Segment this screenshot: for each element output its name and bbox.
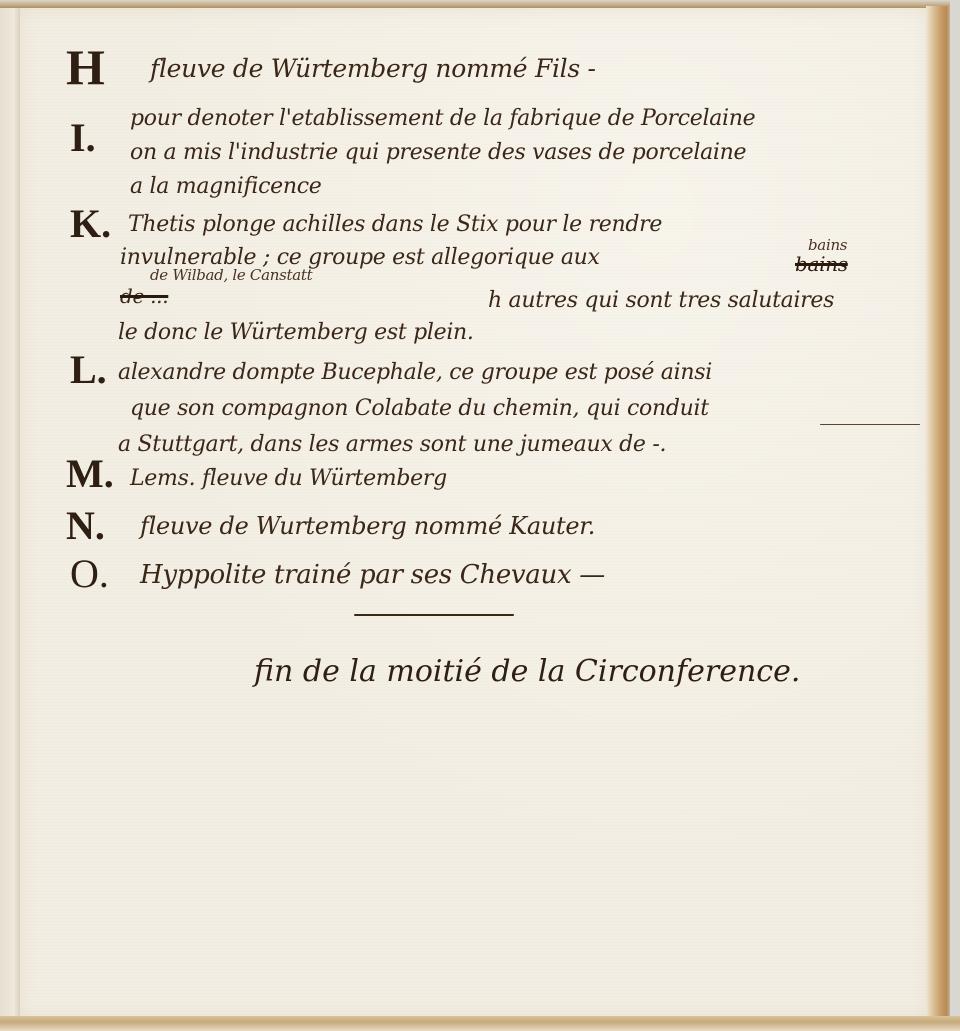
entry-l-line-3: a Stuttgart, dans les armes sont une jum… bbox=[118, 434, 666, 456]
entry-k-line-1: Thetis plonge achilles dans le Stix pour… bbox=[128, 214, 662, 236]
separator-rule bbox=[354, 614, 514, 616]
entry-m-line-1: Lems. fleuve du Würtemberg bbox=[130, 468, 447, 490]
entry-letter-k: K. bbox=[70, 204, 111, 244]
entry-i-line-3: a la magnificence bbox=[130, 176, 321, 198]
entry-letter-m: M. bbox=[66, 454, 114, 494]
entry-o-line-1: Hyppolite trainé par ses Chevaux — bbox=[140, 562, 605, 588]
entry-letter-l: L. bbox=[70, 350, 107, 390]
entry-l-line-2: que son compagnon Colabate du chemin, qu… bbox=[130, 398, 709, 420]
struck-line: de ... bbox=[120, 286, 480, 306]
insertion-wilbad-canstatt: de Wilbad, le Canstatt bbox=[150, 268, 312, 283]
entry-k-line-3: h autres qui sont tres salutaires bbox=[488, 290, 834, 312]
trailing-line bbox=[820, 424, 920, 425]
entry-l-line-1: alexandre dompte Bucephale, ce groupe es… bbox=[118, 362, 712, 384]
manuscript-text: H fleuve de Würtemberg nommé Fils - I. p… bbox=[0, 0, 960, 1031]
insertion-bains: bains bbox=[808, 238, 847, 253]
entry-letter-o: O. bbox=[70, 554, 109, 594]
entry-letter-n: N. bbox=[66, 506, 105, 546]
entry-letter-h: H bbox=[66, 42, 105, 92]
entry-letter-i: I. bbox=[70, 118, 96, 158]
entry-k-line-4: le donc le Würtemberg est plein. bbox=[118, 322, 474, 344]
entry-n-line-1: fleuve de Wurtemberg nommé Kauter. bbox=[140, 514, 595, 538]
struck-word: bains bbox=[795, 254, 848, 274]
entry-h-line-1: fleuve de Würtemberg nommé Fils - bbox=[150, 56, 596, 81]
entry-i-line-1: pour denoter l'etablissement de la fabri… bbox=[130, 108, 755, 130]
closing-line: fin de la moitié de la Circonference. bbox=[254, 654, 800, 689]
entry-i-line-2: on a mis l'industrie qui presente des va… bbox=[130, 142, 746, 164]
